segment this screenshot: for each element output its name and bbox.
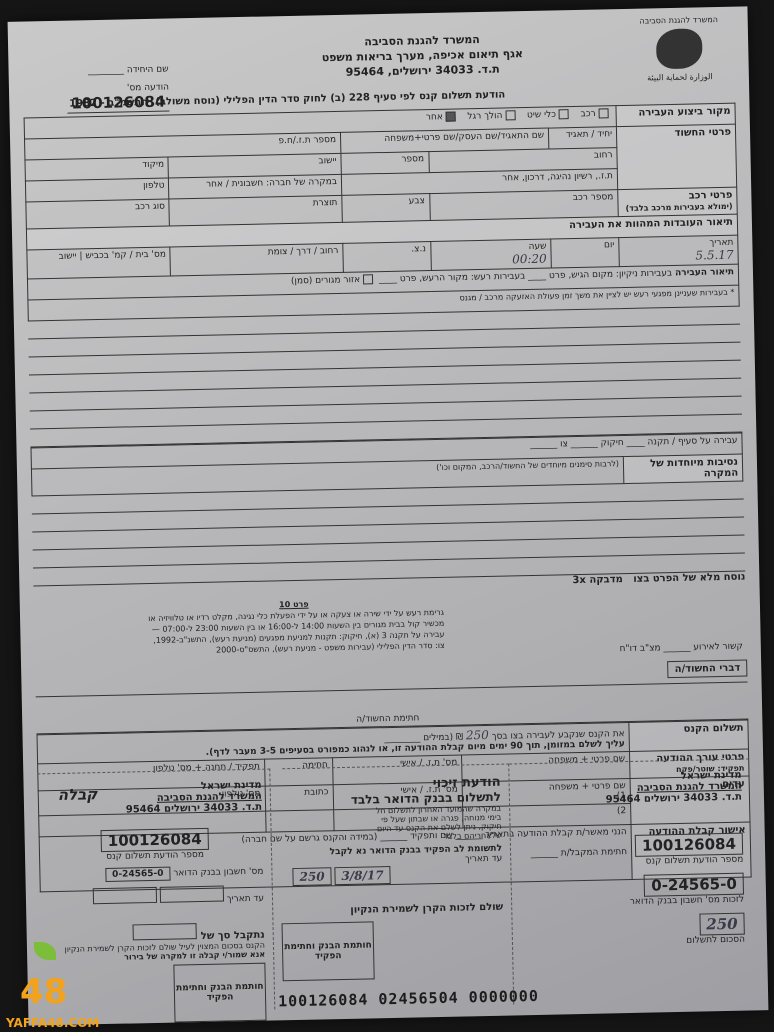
checkbox-vehicle[interactable] <box>599 108 609 118</box>
logo-caption-arabic: الوزارة لحماية البيئة <box>635 72 725 83</box>
stub-right-account: 0-24565-0 <box>644 873 744 897</box>
order-label: צו <box>560 439 568 449</box>
suspect-label: פרטי החשוד <box>616 124 736 189</box>
unit-field: שם היחידה ________ <box>29 64 169 77</box>
org-block: המשרד להגנת הסביבה אגף תיאום אכיפה, מערך… <box>292 30 553 80</box>
payment-amount: 250 <box>466 728 489 742</box>
currency-icon: ₪ <box>456 732 463 742</box>
stub-right-amount: 250 <box>699 913 745 936</box>
notice-number-field: הודעה מס' 100126084 <box>29 82 170 114</box>
stub-right-notice-number: 100126084 <box>635 833 743 857</box>
suspect-signature-label: חתימת החשוד/ה <box>356 713 419 724</box>
item-text: גרימת רעש על ידי שירה או צעקה או על ידי … <box>144 607 445 657</box>
circumstances-lines[interactable] <box>32 482 746 587</box>
fine-notice-paper: המשרד להגנת הסביבה الوزارة لحماية البيئة… <box>8 6 769 1025</box>
facts-city-label: יישוב <box>58 251 76 261</box>
ministry-logo: המשרד להגנת הסביבה الوزارة لحماية البيئة <box>634 15 725 83</box>
checkbox-pedestrian[interactable] <box>505 110 515 120</box>
stub-left-notice-number: 100126084 <box>101 828 209 852</box>
receipt-title: קבלה <box>58 785 98 804</box>
link-row[interactable]: קשור לאירוע ______ מצ"ב דו"ח <box>619 642 742 655</box>
stub-middle-amount: 250 <box>292 867 331 886</box>
vehicle-type-field[interactable]: סוג רכב <box>26 199 170 229</box>
logo-caption: המשרד להגנת הסביבה <box>634 15 724 26</box>
option-vessel: כלי שיט <box>527 110 556 121</box>
hour-value: 00:20 <box>512 252 547 267</box>
identified-by-options: ת.ז., רשיון נהיגה, דרכון, אחר <box>502 171 613 183</box>
checkbox-vessel[interactable] <box>559 109 569 119</box>
suspect-words-label: דברי החשוד/ה <box>668 660 748 679</box>
option-other: אחר <box>426 112 443 122</box>
section-label: עבירה על סעיף / תקנה <box>647 436 737 448</box>
emblem-icon <box>656 28 703 69</box>
stub-middle-date: 3/8/17 <box>334 866 391 885</box>
stub-left-account-label: מס' חשבון בבנק הדואר <box>173 867 263 879</box>
vehicle-color-field[interactable]: צבע <box>342 194 430 223</box>
law-label: חיקוק <box>601 438 624 448</box>
payment-in-words: (במילים <box>423 733 453 744</box>
facts-house-field[interactable]: מס' בית / קמ' בכביש | יישוב <box>27 247 171 279</box>
yaffa48-watermark: 48 YAFFA48.COM <box>4 942 112 1030</box>
facts-date-field[interactable]: תאריך5.5.17 <box>619 235 739 266</box>
facts-day-field[interactable]: יום <box>551 238 620 268</box>
item-10-sticker: פרט 10 גרימת רעש על ידי שירה או צעקה או … <box>144 596 445 657</box>
vehicle-sublabel: (ימולא בעבירות מרכב בלבד) <box>626 202 733 213</box>
checkbox-residential[interactable] <box>363 274 373 284</box>
full-text-label: נוסח מלא של הפרט בצו <box>633 572 745 585</box>
payment-stub-middle: הודעת זיכוי לתשלום בבנק הדואר בלבד במקרה… <box>282 764 514 1010</box>
checkbox-other[interactable] <box>446 111 456 121</box>
payment-stub-right: מדינת ישראל המשרד להגנת הסביבה ת.ד. 3403… <box>509 758 754 1004</box>
residential-label: אזור מגורים (סמן) <box>291 275 360 286</box>
offense-description-lines[interactable] <box>28 307 742 448</box>
stub-middle-bank-stamp: חותמת הבנק וחתימת הפקיד <box>282 921 375 981</box>
house-label: מס' בית / קמ' בכביש <box>85 250 166 262</box>
watermark-digits: 48 <box>20 972 67 1012</box>
option-pedestrian: הולך רגל <box>467 111 502 122</box>
leaf-icon <box>34 942 56 960</box>
suspect-phone-field[interactable]: טלפון <box>25 178 169 202</box>
date-value: 5.5.17 <box>695 248 733 263</box>
sticker-label: מדבקה 3x <box>572 574 623 586</box>
offense-source-label: מקור ביצוע העבירה <box>616 103 735 126</box>
stub-left-until-label: עד תאריך <box>227 894 264 905</box>
offense-desc-label: תיאור העבירה <box>675 267 734 278</box>
facts-hour-field[interactable]: שעה00:20 <box>430 239 551 271</box>
stub-middle-note: במקרה שהמועד האחרון לתשלום חל בימי מנוחה… <box>371 804 502 843</box>
unit-label: שם היחידה <box>127 64 169 75</box>
suspect-zip-field[interactable]: מיקוד <box>25 157 169 181</box>
noise-note: בעבירות רעש: מקור הרעש, פרט <box>400 272 526 285</box>
vehicle-label-text: פרטי רכב <box>689 190 733 202</box>
vehicle-make-field[interactable]: תוצרת <box>169 195 342 226</box>
stub-left-account: 0-24565-0 <box>105 867 171 882</box>
watermark-url: YAFFA48.COM <box>6 1016 99 1030</box>
form-header: המשרד להגנת הסביבה الوزارة لحماية البيئة… <box>22 13 736 118</box>
notice-number: 100126084 <box>67 92 169 113</box>
hour-label: שעה <box>528 242 546 252</box>
full-text-section: נוסח מלא של הפרט בצו מדבקה 3x פרט 10 גרי… <box>33 572 747 698</box>
cleaning-note: בעבירות ניקיון: מקום הגיש, פרט <box>549 268 672 281</box>
payment-label: תשלום הקנס <box>629 720 749 751</box>
option-vehicle: רכב <box>580 109 595 119</box>
stub-left-date-box-2[interactable] <box>93 887 157 904</box>
stub-left-date-box-1[interactable] <box>160 886 224 903</box>
stub-middle-fund: שולם לזכות הקרן לשמירת הנקיון <box>293 902 503 917</box>
date-label: תאריך <box>709 238 733 248</box>
docket-label: מצ"ב דו"ח <box>619 643 660 654</box>
circumstances-label: נסיבות מיוחדות של המקרה <box>623 454 743 483</box>
suspect-number-field[interactable]: מספר <box>341 152 429 175</box>
stub-left-bank-stamp: חותמת הבנק וחתימת הפקיד <box>173 963 266 1023</box>
suspect-type-field[interactable]: יחיד / תאגיד <box>548 127 616 149</box>
stub-left-received-box[interactable] <box>133 923 197 940</box>
vehicle-label: פרטי רכב(ימולא בעבירות מרכב בלבד) <box>618 187 738 216</box>
vehicle-plate-field[interactable]: מספר רכב <box>429 190 618 221</box>
facts-coords-field[interactable]: נ.צ. <box>343 242 431 273</box>
link-label: קשור לאירוע <box>693 642 743 653</box>
facts-street-field[interactable]: רחוב / דרך / צומת <box>170 243 343 276</box>
